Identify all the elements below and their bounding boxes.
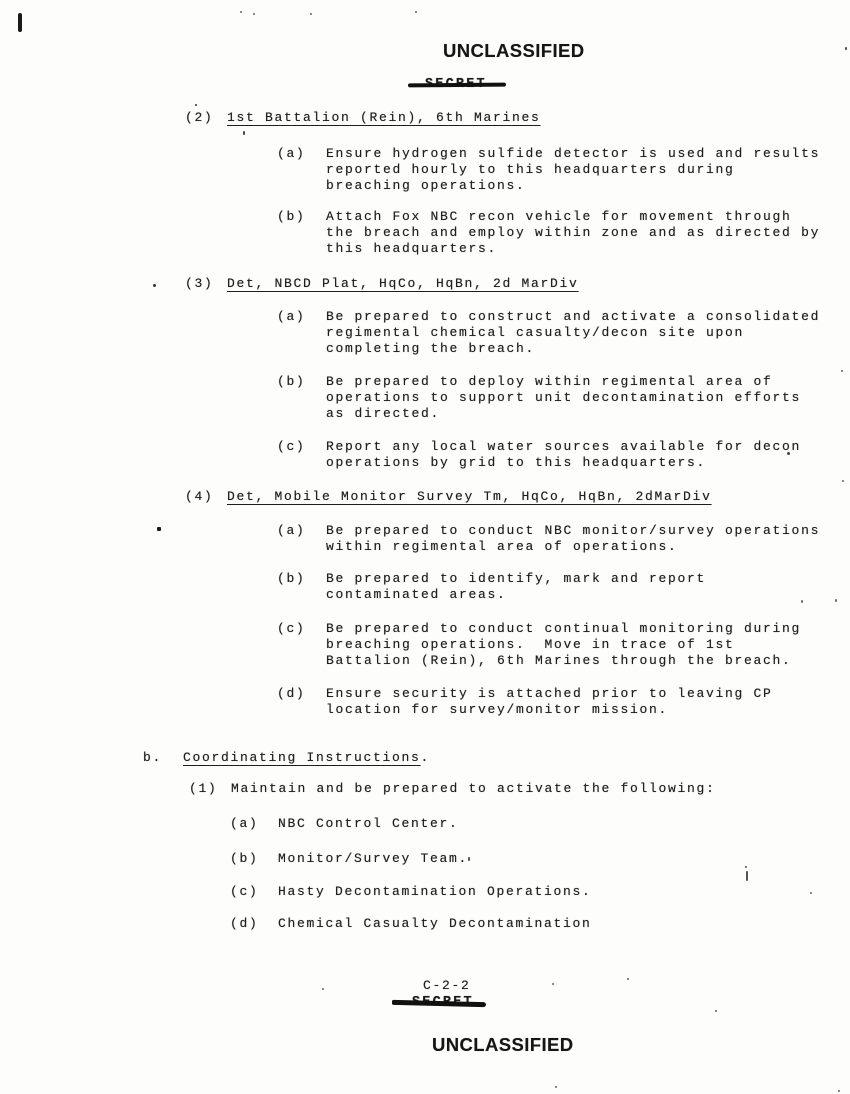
para-4b-marker: (b) [277,571,326,603]
document-page: UNCLASSIFIED SECRET (2) 1st Battalion (R… [0,0,850,1094]
stray-dot [715,1010,717,1012]
para-b1c-text: Hasty Decontamination Operations. [278,884,592,900]
section-2-title: 1st Battalion (Rein), 6th Marines [227,110,541,126]
section-3-title: Det, NBCD Plat, HqCo, HqBn, 2d MarDiv [227,276,579,292]
para-4a-text: Be prepared to conduct NBC monitor/surve… [326,523,820,555]
stray-dot [310,13,312,15]
para-4d-marker: (d) [277,686,326,718]
stray-dot [253,13,255,15]
para-b1b-marker: (b) [230,851,278,867]
section-b-heading-row: b. Coordinating Instructions. [143,750,430,766]
stray-dot [195,104,197,106]
header-secret-struck-stamp: SECRET [425,77,487,92]
stray-dot [841,370,843,372]
para-b1-marker: (1) [189,781,231,797]
para-4c-text: Be prepared to conduct continual monitor… [326,621,801,670]
section-b-marker: b. [143,750,183,766]
stray-comma [835,599,837,602]
para-2a-text: Ensure hydrogen sulfide detector is used… [326,146,820,195]
para-4c-marker: (c) [277,621,326,670]
footer-page-number: C-2-2 [423,978,471,993]
para-b1a-text: NBC Control Center. [278,816,459,832]
para-b1-text: Maintain and be prepared to activate the… [231,781,716,797]
para-3c-row: (c) Report any local water sources avail… [277,439,801,471]
secret-text: SECRET [425,77,487,92]
para-b1b-text: Monitor/Survey Team. [278,851,468,867]
para-b1d-text: Chemical Casualty Decontamination [278,916,592,932]
para-3b-text: Be prepared to deploy within regimental … [326,374,801,423]
footer-secret-struck-stamp: SECRET [412,995,474,1010]
para-b1b-row: (b) Monitor/Survey Team. [230,851,468,867]
para-4d-row: (d) Ensure security is attached prior to… [277,686,773,718]
para-3c-marker: (c) [277,439,326,471]
para-b1-row: (1) Maintain and be prepared to activate… [189,781,716,797]
margin-bar-mark [18,13,22,32]
stray-dot [627,978,629,980]
para-b1a-row: (a) NBC Control Center. [230,816,459,832]
para-4c-row: (c) Be prepared to conduct continual mon… [277,621,801,670]
stray-dot [842,480,844,482]
stray-comma [243,131,245,135]
section-2-heading-row: (2) 1st Battalion (Rein), 6th Marines [185,110,541,126]
stray-dot [322,988,324,990]
stray-dot [555,1086,557,1088]
para-b1d-row: (d) Chemical Casualty Decontamination [230,916,592,932]
section-b-title-period: . [421,750,431,765]
header-unclassified-banner: UNCLASSIFIED [443,40,585,62]
stray-dot [240,11,242,13]
para-3b-row: (b) Be prepared to deploy within regimen… [277,374,801,423]
para-3b-marker: (b) [277,374,326,423]
para-b1c-row: (c) Hasty Decontamination Operations. [230,884,592,900]
para-2b-text: Attach Fox NBC recon vehicle for movemen… [326,209,820,258]
section-4-marker: (4) [185,489,227,505]
stray-dot [838,1090,840,1092]
stray-dot [845,47,847,50]
para-3a-text: Be prepared to construct and activate a … [326,309,820,358]
para-4b-text: Be prepared to identify, mark and report… [326,571,706,603]
para-4a-row: (a) Be prepared to conduct NBC monitor/s… [277,523,820,555]
para-b1d-marker: (d) [230,916,278,932]
section-3-marker: (3) [185,276,227,292]
stray-dot [552,983,554,985]
para-4d-text: Ensure security is attached prior to lea… [326,686,773,718]
para-2b-marker: (b) [277,209,326,258]
stray-dot [415,11,417,13]
para-2a-row: (a) Ensure hydrogen sulfide detector is … [277,146,820,195]
section-4-heading-row: (4) Det, Mobile Monitor Survey Tm, HqCo,… [185,489,712,505]
secret-text: SECRET [412,995,474,1010]
para-b1a-marker: (a) [230,816,278,832]
para-2a-marker: (a) [277,146,326,195]
stray-dot [745,866,747,868]
stray-dot [810,892,812,894]
para-4a-marker: (a) [277,523,326,555]
section-2-marker: (2) [185,110,227,126]
para-3a-row: (a) Be prepared to construct and activat… [277,309,820,358]
section-b-title: Coordinating Instructions [183,750,421,765]
stray-i-mark [746,871,748,881]
footer-unclassified-banner: UNCLASSIFIED [432,1034,574,1056]
stray-dot [153,284,156,287]
section-4-title: Det, Mobile Monitor Survey Tm, HqCo, HqB… [227,489,712,505]
section-3-heading-row: (3) Det, NBCD Plat, HqCo, HqBn, 2d MarDi… [185,276,579,292]
stray-square-dot [157,527,161,531]
para-b1c-marker: (c) [230,884,278,900]
para-3a-marker: (a) [277,309,326,358]
stray-comma [801,600,803,603]
para-3c-text: Report any local water sources available… [326,439,801,471]
para-4b-row: (b) Be prepared to identify, mark and re… [277,571,706,603]
para-2b-row: (b) Attach Fox NBC recon vehicle for mov… [277,209,820,258]
stray-apostrophe [468,857,470,861]
